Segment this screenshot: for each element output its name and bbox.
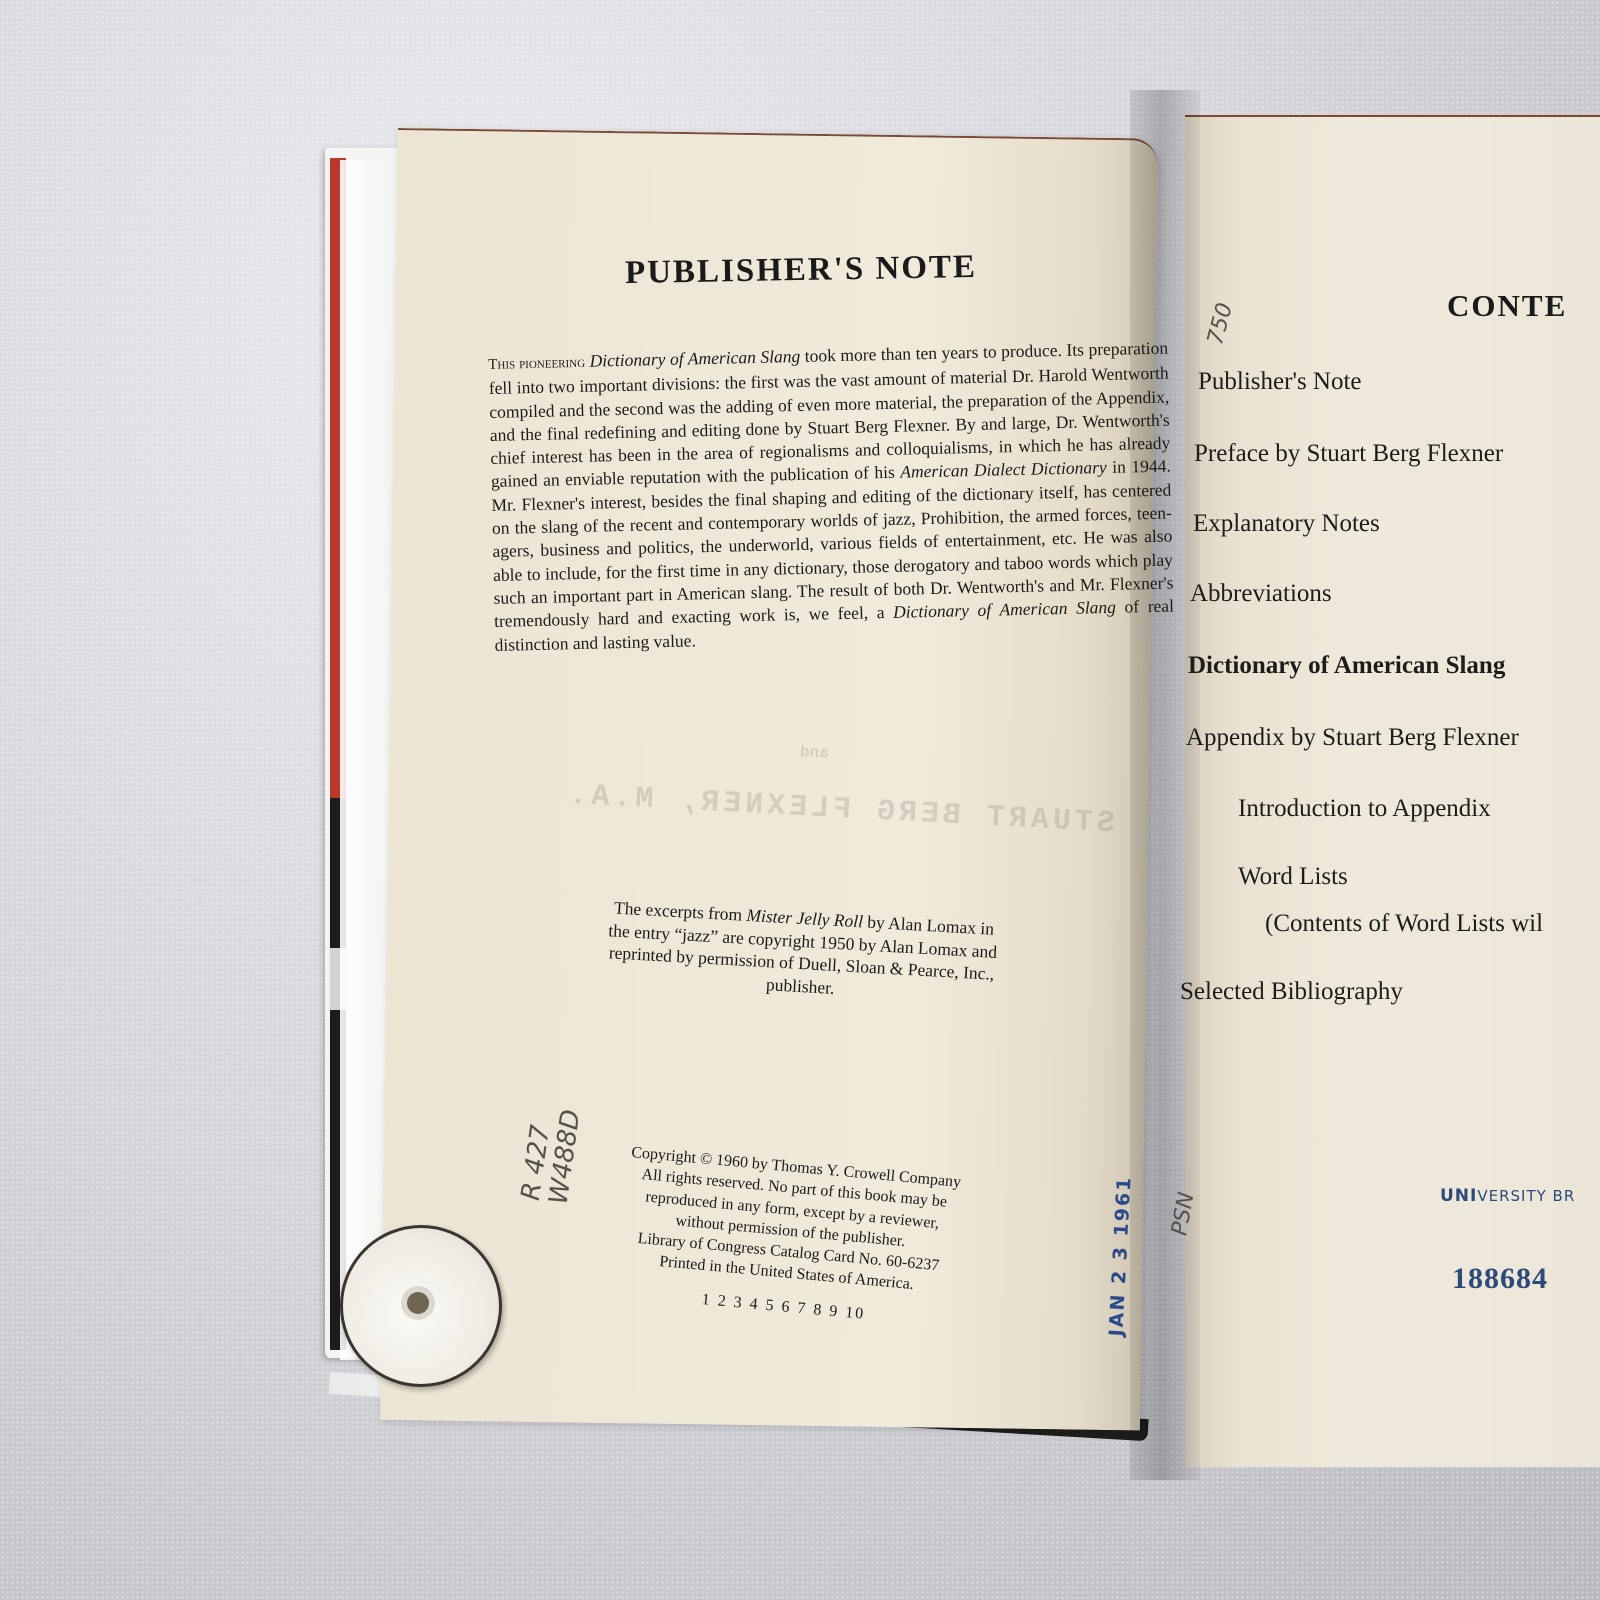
book-title-italic-2: Dictionary of American Slang: [893, 597, 1116, 622]
toc-item-main: Dictionary of American Slang: [1188, 652, 1505, 680]
toc-subitem-note: (Contents of Word Lists wil: [1265, 910, 1543, 938]
contents-heading: CONTE: [1447, 288, 1567, 324]
toc-item: Appendix by Stuart Berg Flexner: [1186, 724, 1519, 752]
book-title-italic: Dictionary of American Slang: [589, 346, 800, 371]
stamp-text: VERSITY BR: [1477, 1187, 1575, 1205]
disc-center-hole: [407, 1292, 429, 1314]
book-gutter-shadow: [1130, 90, 1200, 1480]
stamp-text-bold: UNI: [1440, 1186, 1477, 1206]
accession-number-stamp: 188684: [1452, 1262, 1548, 1296]
photo-scene: and STUART BERG FLEXNER, M.A. PUBLISHER'…: [0, 0, 1600, 1600]
publishers-note-body: This pioneering Dictionary of American S…: [488, 337, 1175, 657]
note-lead: This pioneering: [488, 355, 585, 373]
toc-subitem: Word Lists: [1238, 863, 1348, 891]
toc-item: Publisher's Note: [1198, 368, 1362, 396]
show-through-and: and: [800, 743, 830, 762]
toc-item: Selected Bibliography: [1180, 978, 1403, 1006]
toc-item: Explanatory Notes: [1193, 510, 1380, 538]
toc-item: Preface by Stuart Berg Flexner: [1194, 440, 1503, 468]
university-stamp: UNIVERSITY BR: [1440, 1186, 1575, 1206]
security-tag-disc: [340, 1225, 502, 1387]
dialect-dictionary-title: American Dialect Dictionary: [900, 457, 1107, 482]
toc-item: Abbreviations: [1190, 580, 1332, 608]
toc-subitem: Introduction to Appendix: [1238, 795, 1491, 823]
page-title: PUBLISHER'S NOTE: [625, 249, 978, 292]
